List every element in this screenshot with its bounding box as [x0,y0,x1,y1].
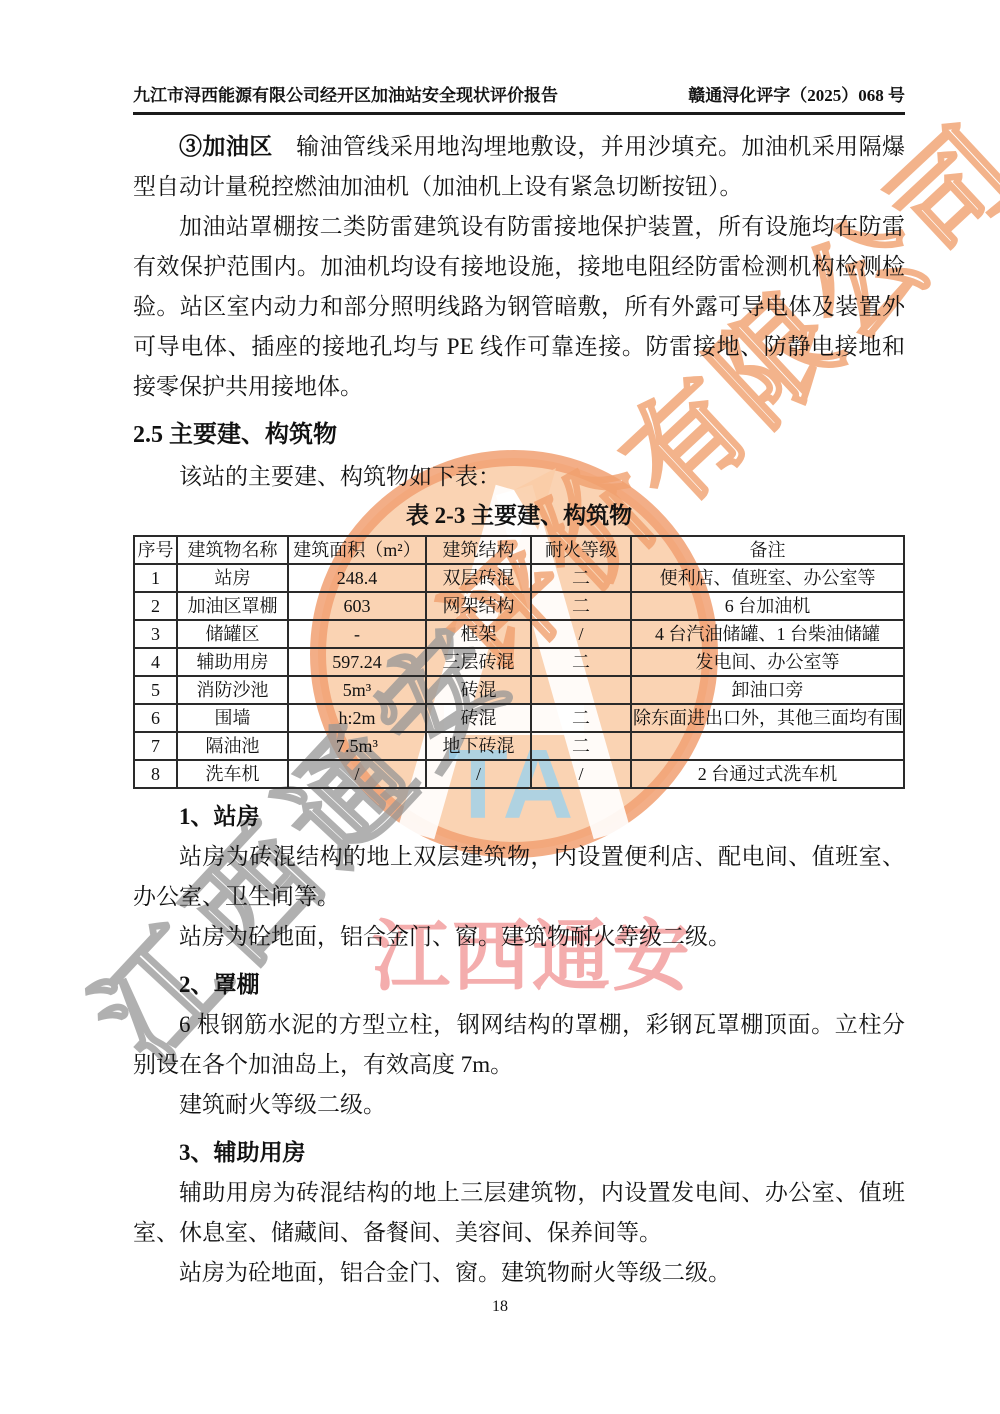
document-page: 江西通安 评价有限公司 TA 江西通安 九江市浔西能源有限公司经开区加油站安全现… [0,0,1000,1414]
table-cell: 二 [531,592,631,620]
table-cell: 三层砖混 [426,648,531,676]
table-cell: 6 台加油机 [631,592,904,620]
table-cell: 5 [134,676,177,704]
table-header-cell: 建筑结构 [426,536,531,564]
table-2-3-title: 表 2-3 主要建、构筑物 [133,497,905,535]
subsection-heading-station-house: 1、站房 [133,797,905,837]
table-cell: / [531,760,631,788]
table-row: 7 隔油池 7.5m³ 地下砖混 二 [134,732,904,760]
table-cell: 二 [531,564,631,592]
table-cell [631,732,904,760]
paragraph-station-house-1: 站房为砖混结构的地上双层建筑物，内设置便利店、配电间、值班室、办公室、卫生间等。 [133,837,905,917]
table-cell: 2 台通过式洗车机 [631,760,904,788]
table-cell [531,676,631,704]
table-cell: 双层砖混 [426,564,531,592]
table-cell: 4 [134,648,177,676]
table-cell: 储罐区 [177,620,288,648]
page-header: 九江市浔西能源有限公司经开区加油站安全现状评价报告 赣通浔化评字（2025）06… [133,85,905,115]
fueling-area-label: ③加油区 [179,134,273,159]
table-cell: 地下砖混 [426,732,531,760]
paragraph-auxiliary-rooms-1: 辅助用房为砖混结构的地上三层建筑物，内设置发电间、办公室、值班室、休息室、储藏间… [133,1173,905,1253]
table-cell: 站房 [177,564,288,592]
table-cell: 4 台汽油储罐、1 台柴油储罐 [631,620,904,648]
table-row: 4 辅助用房 597.24 三层砖混 二 发电间、办公室等 [134,648,904,676]
table-header-cell: 耐火等级 [531,536,631,564]
table-cell: 5m³ [288,676,426,704]
paragraph-table-intro: 该站的主要建、构筑物如下表： [133,457,905,497]
table-cell: 2 [134,592,177,620]
table-cell: 隔油池 [177,732,288,760]
table-cell: 网架结构 [426,592,531,620]
header-report-title: 九江市浔西能源有限公司经开区加油站安全现状评价报告 [133,85,558,107]
table-cell: 消防沙池 [177,676,288,704]
table-cell: / [531,620,631,648]
table-cell: / [426,760,531,788]
table-row: 2 加油区罩棚 603 网架结构 二 6 台加油机 [134,592,904,620]
table-cell: 3 [134,620,177,648]
table-cell: 除东面进出口外，其他三面均有围墙 [631,704,904,732]
table-cell: 便利店、值班室、办公室等 [631,564,904,592]
table-cell: 603 [288,592,426,620]
table-row: 5 消防沙池 5m³ 砖混 卸油口旁 [134,676,904,704]
header-doc-number: 赣通浔化评字（2025）068 号 [688,85,905,107]
paragraph-fueling-area: ③加油区 输油管线采用地沟埋地敷设，并用沙填充。加油机采用隔爆型自动计量税控燃油… [133,127,905,207]
table-cell: 6 [134,704,177,732]
table-cell: 1 [134,564,177,592]
subsection-heading-auxiliary-rooms: 3、辅助用房 [133,1133,905,1173]
table-row: 8 洗车机 / / / 2 台通过式洗车机 [134,760,904,788]
paragraph-station-house-2: 站房为砼地面，铝合金门、窗。建筑物耐火等级二级。 [133,917,905,957]
table-cell: 7 [134,732,177,760]
page-content: 九江市浔西能源有限公司经开区加油站安全现状评价报告 赣通浔化评字（2025）06… [133,85,905,1293]
table-header-cell: 建筑物名称 [177,536,288,564]
table-cell: 248.4 [288,564,426,592]
table-row: 1 站房 248.4 双层砖混 二 便利店、值班室、办公室等 [134,564,904,592]
section-heading-2-5: 2.5 主要建、构筑物 [133,413,905,457]
table-cell: 597.24 [288,648,426,676]
table-cell: 二 [531,648,631,676]
subsection-heading-canopy: 2、罩棚 [133,965,905,1005]
table-cell: - [288,620,426,648]
table-cell: 二 [531,704,631,732]
table-cell: 辅助用房 [177,648,288,676]
table-cell: 二 [531,732,631,760]
paragraph-canopy-1: 6 根钢筋水泥的方型立柱，钢网结构的罩棚，彩钢瓦罩棚顶面。立柱分别设在各个加油岛… [133,1005,905,1085]
table-cell: 砖混 [426,704,531,732]
buildings-table: 序号 建筑物名称 建筑面积（m²） 建筑结构 耐火等级 备注 1 站房 248.… [133,535,905,789]
table-cell: 框架 [426,620,531,648]
table-header-row: 序号 建筑物名称 建筑面积（m²） 建筑结构 耐火等级 备注 [134,536,904,564]
table-cell: / [288,760,426,788]
table-cell: 洗车机 [177,760,288,788]
paragraph-lightning-protection: 加油站罩棚按二类防雷建筑设有防雷接地保护装置，所有设施均在防雷有效保护范围内。加… [133,207,905,407]
table-row: 6 围墙 h:2m 砖混 二 除东面进出口外，其他三面均有围墙 [134,704,904,732]
table-header-cell: 建筑面积（m²） [288,536,426,564]
table-cell: 围墙 [177,704,288,732]
paragraph-canopy-2: 建筑耐火等级二级。 [133,1085,905,1125]
table-cell: 7.5m³ [288,732,426,760]
table-cell: 卸油口旁 [631,676,904,704]
table-cell: 加油区罩棚 [177,592,288,620]
table-cell: h:2m [288,704,426,732]
table-cell: 发电间、办公室等 [631,648,904,676]
table-header-cell: 序号 [134,536,177,564]
table-cell: 砖混 [426,676,531,704]
table-header-cell: 备注 [631,536,904,564]
table-cell: 8 [134,760,177,788]
table-row: 3 储罐区 - 框架 / 4 台汽油储罐、1 台柴油储罐 [134,620,904,648]
page-number: 18 [0,1298,1000,1316]
paragraph-auxiliary-rooms-2: 站房为砼地面，铝合金门、窗。建筑物耐火等级二级。 [133,1253,905,1293]
